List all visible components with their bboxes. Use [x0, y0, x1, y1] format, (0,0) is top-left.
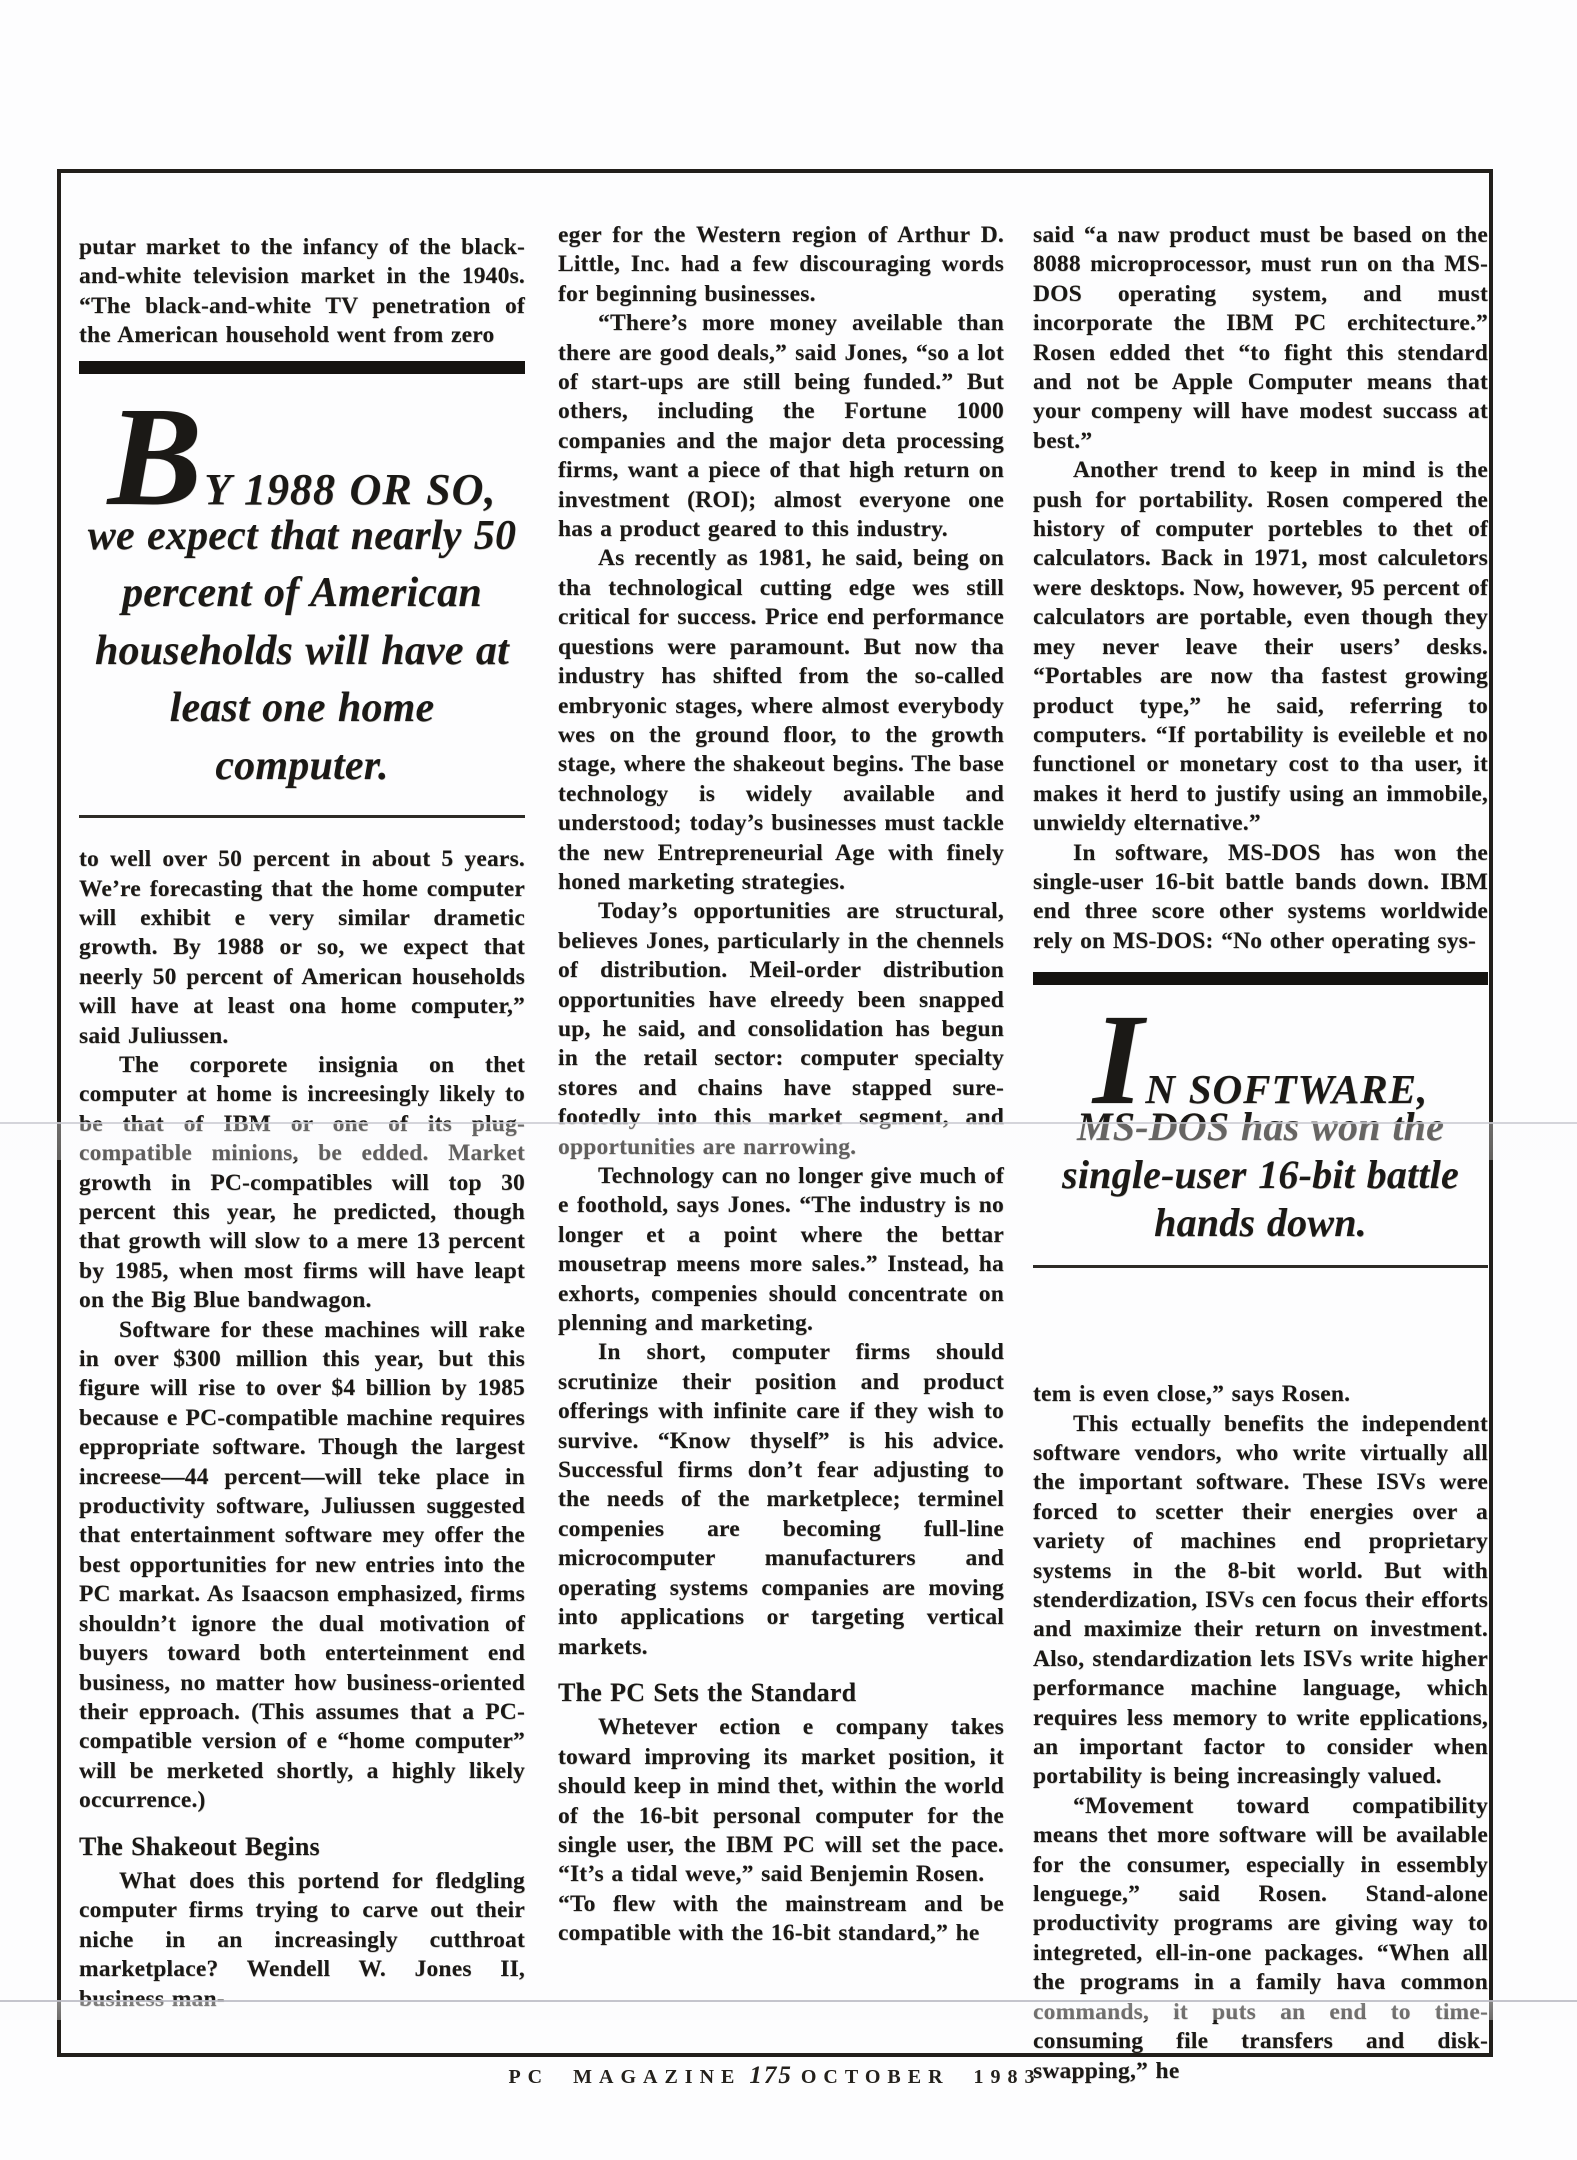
pull-quote-text: percent of American	[79, 565, 525, 623]
pull-quote-thin-rule	[79, 815, 525, 818]
pull-quote-1: BY 1988 OR SO, we expect that nearly 50 …	[79, 361, 525, 819]
body-paragraph: said “a naw product must be based on the…	[1033, 221, 1488, 456]
pull-quote-2: IN SOFTWARE, MS-DOS has won the single-u…	[1033, 972, 1488, 1268]
pull-quote-thick-rule	[1033, 972, 1488, 985]
body-paragraph: Software for these machines will rake in…	[79, 1316, 525, 1816]
drop-cap-i: I	[1093, 1005, 1146, 1116]
pull-quote-first-line: IN SOFTWARE,	[1033, 1005, 1488, 1097]
pull-quote-thick-rule	[79, 361, 525, 374]
body-paragraph: Today’s opportunities are structural, be…	[558, 897, 1004, 1162]
body-paragraph: Another trend to keep in mind is the pus…	[1033, 456, 1488, 838]
body-paragraph: to well over 50 percent in about 5 years…	[79, 845, 525, 1051]
pull-quote-text: hands down.	[1033, 1199, 1488, 1247]
body-paragraph: In short, computer firms should scrutini…	[558, 1338, 1004, 1661]
footer-page-number: 175	[741, 2062, 801, 2089]
pull-quote-thin-rule	[1033, 1265, 1488, 1268]
body-paragraph: putar market to the infancy of the black…	[79, 233, 525, 351]
body-paragraph: tem is even close,” says Rosen.	[1033, 1380, 1488, 1409]
body-paragraph: In software, MS-DOS has won the single-u…	[1033, 839, 1488, 957]
footer-magazine-name: PC MAGAZINE	[508, 2066, 741, 2088]
body-paragraph: Technology can no longer give much of e …	[558, 1162, 1004, 1338]
pull-quote-text: MS-DOS has won the	[1033, 1103, 1488, 1151]
pull-quote-text: computer.	[79, 738, 525, 796]
pull-quote-text: N SOFTWARE,	[1145, 1075, 1428, 1104]
body-paragraph: Whetever ection e company takes toward i…	[558, 1713, 1004, 1889]
body-paragraph: eger for the Western region of Arthur D.…	[558, 221, 1004, 309]
body-paragraph: What does this portend for fledgling com…	[79, 1867, 525, 2014]
body-paragraph: This ectually benefits the independent s…	[1033, 1410, 1488, 1792]
column-middle: eger for the Western region of Arthur D.…	[558, 221, 1004, 1949]
body-paragraph: “Movement toward compatibility means the…	[1033, 1792, 1488, 2086]
body-paragraph: “To flew with the mainstream and be comp…	[558, 1890, 1004, 1949]
column-right: said “a naw product must be based on the…	[1033, 221, 1488, 2086]
body-paragraph: As recently as 1981, he said, being on t…	[558, 544, 1004, 897]
pull-quote-first-line: BY 1988 OR SO,	[79, 396, 525, 498]
section-heading-shakeout: The Shakeout Begins	[79, 1832, 525, 1861]
page-footer: PC MAGAZINE175OCTOBER 1983	[57, 2062, 1493, 2090]
pull-quote-text: single-user 16-bit battle	[1033, 1151, 1488, 1199]
section-heading-pc-standard: The PC Sets the Standard	[558, 1678, 1004, 1707]
footer-issue-date: OCTOBER 1983	[801, 2066, 1042, 2088]
pull-quote-text: we expect that nearly 50	[79, 508, 525, 566]
drop-cap-b: B	[108, 396, 205, 517]
pull-quote-text: Y 1988 OR SO,	[204, 475, 496, 504]
pull-quote-text: households will have at	[79, 623, 525, 681]
body-paragraph: The corporete insignia on thet computer …	[79, 1051, 525, 1316]
column-left: putar market to the infancy of the black…	[79, 233, 525, 2014]
pull-quote-text: least one home	[79, 680, 525, 738]
magazine-page: putar market to the infancy of the black…	[0, 0, 1577, 2160]
body-paragraph: “There’s more money aveilable than there…	[558, 309, 1004, 544]
